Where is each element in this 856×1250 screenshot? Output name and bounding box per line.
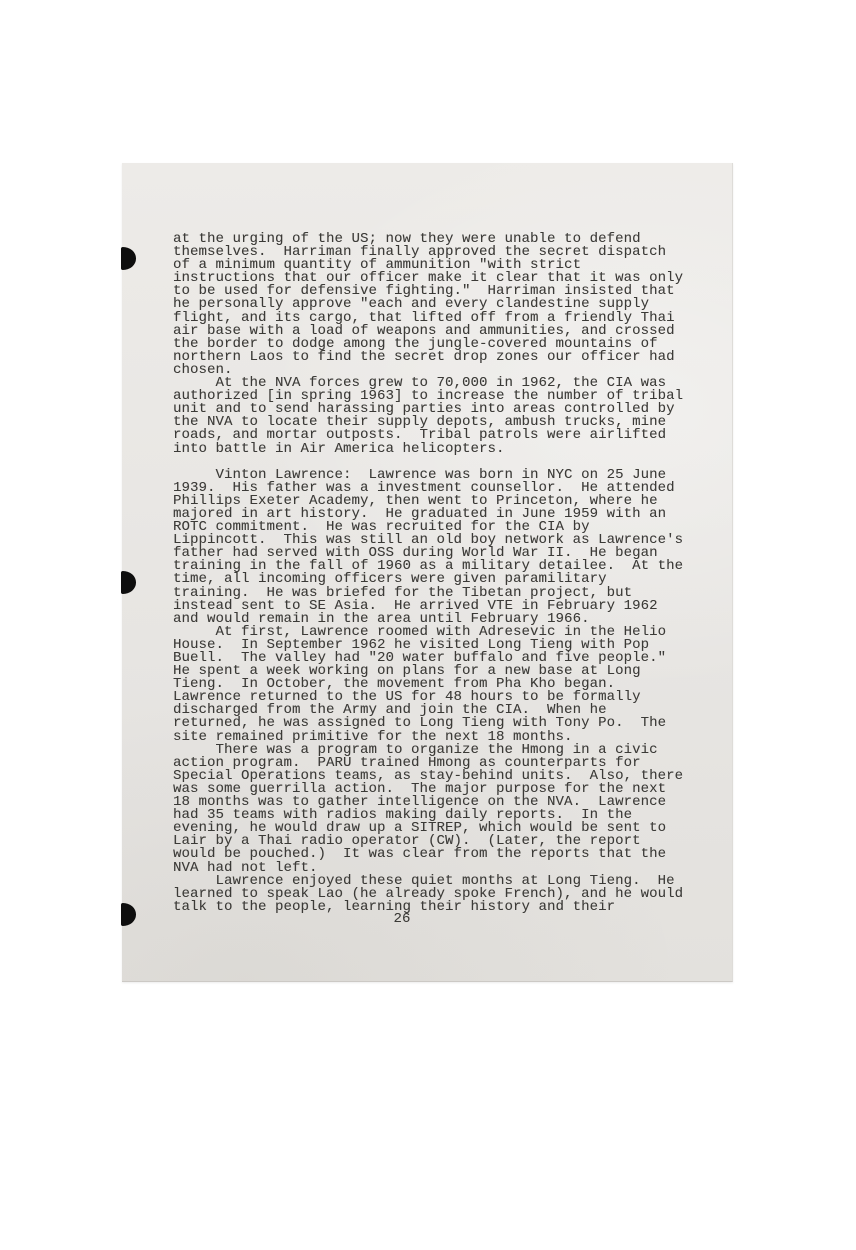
paper-page: at the urging of the US; now they were u… <box>122 163 733 982</box>
page-number: 26 <box>340 913 464 926</box>
typewritten-text: at the urging of the US; now they were u… <box>173 233 683 914</box>
punch-hole-bottom <box>121 903 136 926</box>
scan-background: at the urging of the US; now they were u… <box>0 0 856 1250</box>
punch-hole-top <box>121 247 136 270</box>
punch-hole-middle <box>121 571 136 594</box>
